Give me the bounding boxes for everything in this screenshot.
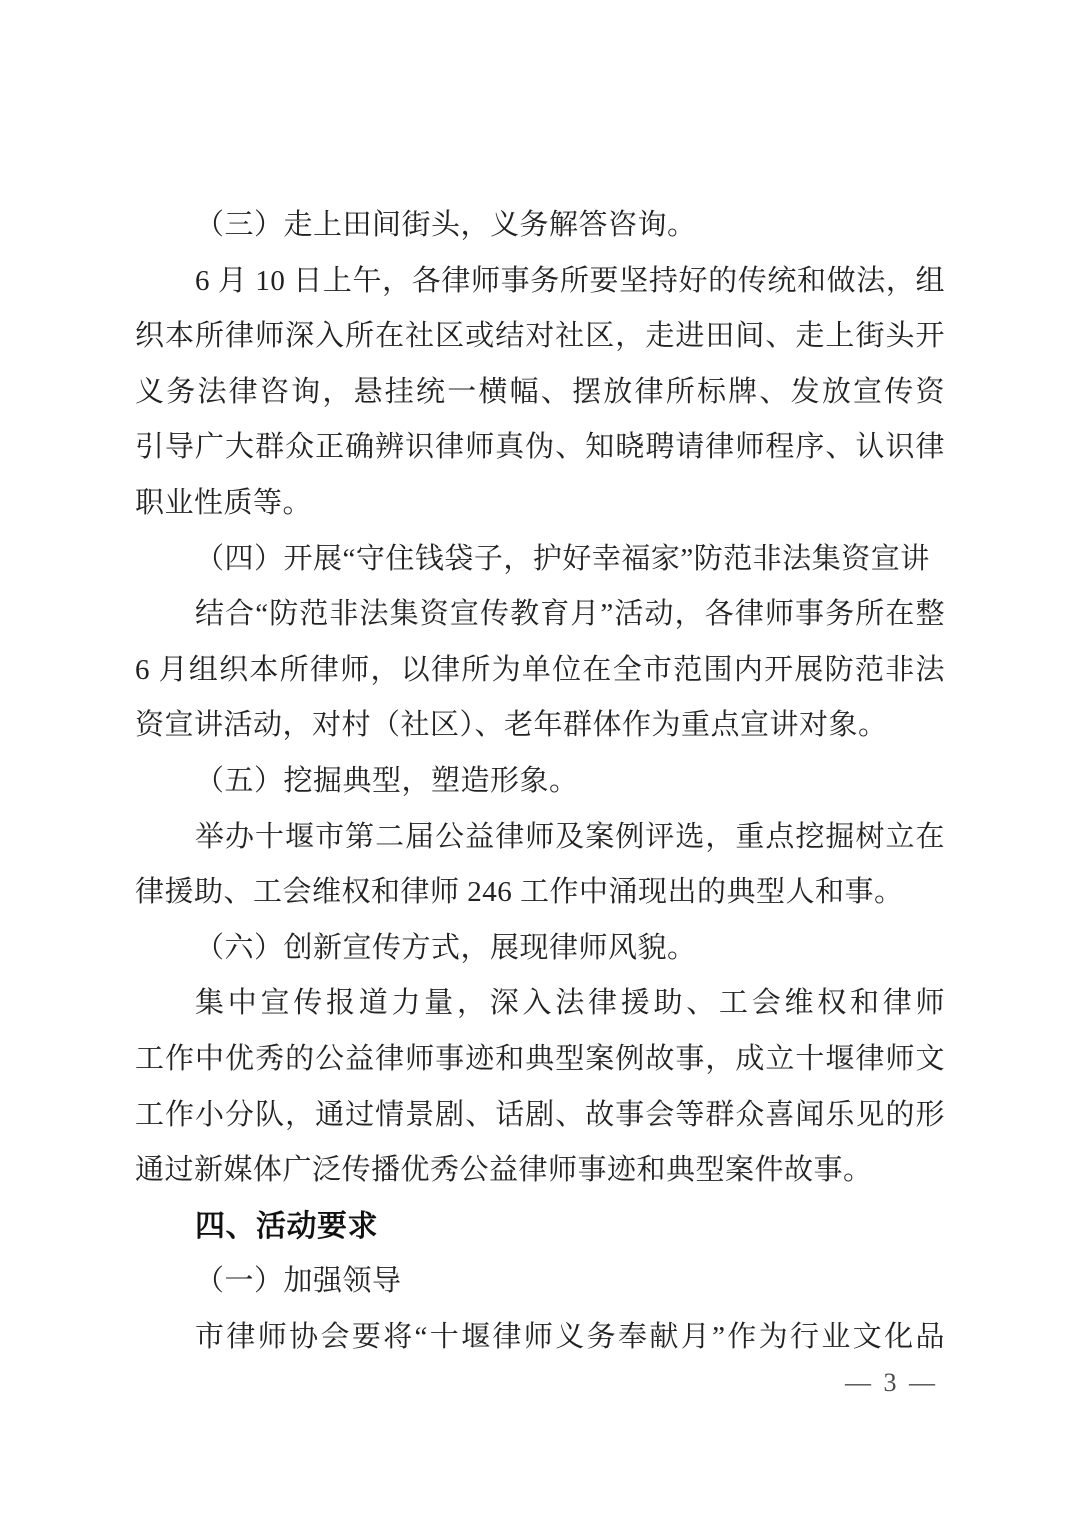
body-text-line: 结合“防范非法集资宣传教育月”活动，各律师事务所在整个 [135, 587, 945, 643]
body-text-line: 义务法律咨询，悬挂统一横幅、摆放律所标牌、发放宣传资料， [135, 365, 945, 421]
body-text-line: 举办十堰市第二届公益律师及案例评选，重点挖掘树立在法 [135, 810, 945, 866]
document-body: （三）走上田间街头，义务解答咨询。 6 月 10 日上午，各律师事务所要坚持好的… [135, 198, 945, 1365]
body-text-line: 引导广大群众正确辨识律师真伪、知晓聘请律师程序、认识律师 [135, 420, 945, 476]
subheading-item-3: （三）走上田间街头，义务解答咨询。 [135, 198, 945, 254]
subheading-item-1: （一）加强领导 [135, 1254, 945, 1310]
page-number: — 3 — [845, 1368, 938, 1398]
body-text-line: 律援助、工会维权和律师 246 工作中涌现出的典型人和事。 [135, 865, 945, 921]
body-text-line: 职业性质等。 [135, 476, 945, 532]
body-text-line: 集中宣传报道力量，深入法律援助、工会维权和律师“246” [135, 976, 945, 1032]
body-text-line: 6 月组织本所律师，以律所为单位在全市范围内开展防范非法集 [135, 643, 945, 699]
body-text-line: 通过新媒体广泛传播优秀公益律师事迹和典型案件故事。 [135, 1143, 945, 1199]
body-text-line: 资宣讲活动，对村（社区）、老年群体作为重点宣讲对象。 [135, 698, 945, 754]
subheading-item-4: （四）开展“守住钱袋子，护好幸福家”防范非法集资宣讲活动 [135, 532, 945, 588]
body-text-line: 6 月 10 日上午，各律师事务所要坚持好的传统和做法，组 [135, 254, 945, 310]
body-text-line: 织本所律师深入所在社区或结对社区，走进田间、走上街头开展 [135, 309, 945, 365]
section-heading-4: 四、活动要求 [135, 1199, 945, 1255]
body-text-line: 市律师协会要将“十堰律师义务奉献月”作为行业文化品牌， [135, 1310, 945, 1366]
body-text-line: 工作小分队，通过情景剧、话剧、故事会等群众喜闻乐见的形式， [135, 1088, 945, 1144]
subheading-item-5: （五）挖掘典型，塑造形象。 [135, 754, 945, 810]
body-text-line: 工作中优秀的公益律师事迹和典型案例故事，成立十堰律师文艺 [135, 1032, 945, 1088]
subheading-item-6: （六）创新宣传方式，展现律师风貌。 [135, 921, 945, 977]
document-page: （三）走上田间街头，义务解答咨询。 6 月 10 日上午，各律师事务所要坚持好的… [0, 0, 1080, 1527]
